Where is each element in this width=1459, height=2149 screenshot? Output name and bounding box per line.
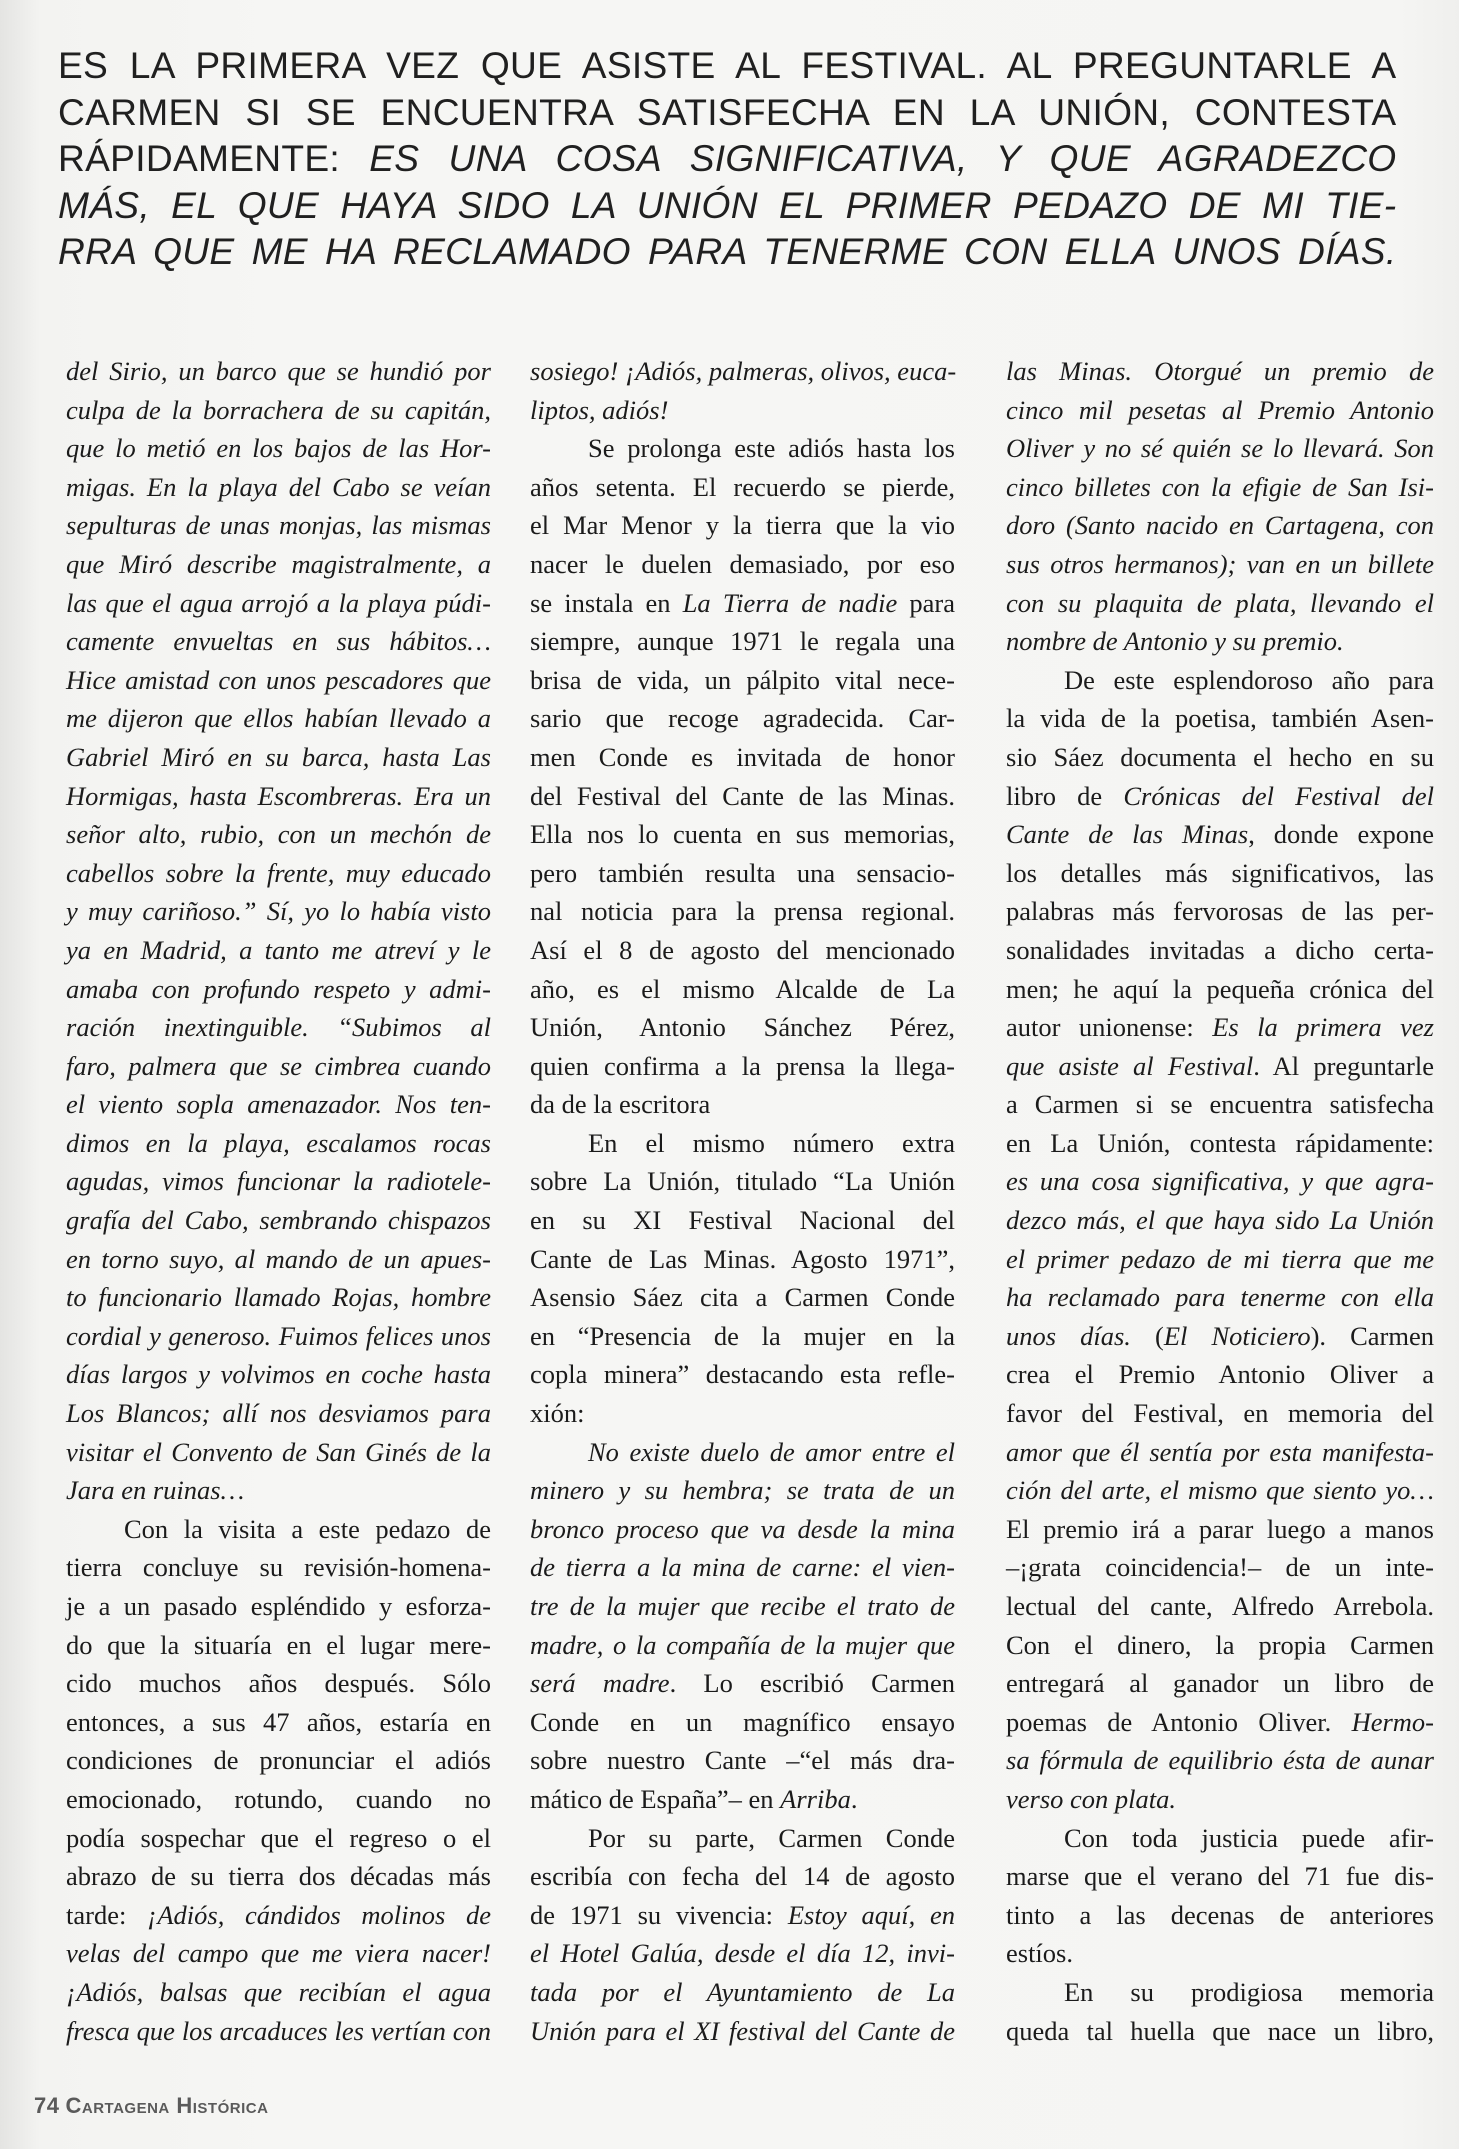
text: xión: [530,1398,584,1428]
text-line: faro, palmera que se cimbrea cuando [66,1047,491,1086]
italic-text: me dijeron que ellos habían llevado a [66,703,491,733]
text-line: Cante de Las Minas. Agosto 1971”, [530,1240,955,1279]
text-line: mático de España”– en Arriba. [530,1780,955,1819]
text-line: palabras más fervorosas de las per- [1006,892,1434,931]
text-line: Ella nos lo cuenta en sus memorias, [530,815,955,854]
text-line: Gabriel Miró en su barca, hasta Las [66,738,491,777]
text: crea el Premio Antonio Oliver a [1006,1359,1434,1389]
text: se instala en [530,588,683,618]
text: Asensio Sáez cita a Carmen Conde [530,1282,955,1312]
text: sonalidades invitadas a dicho certa- [1006,935,1434,965]
italic-text: ha reclamado para tenerme con ella [1006,1282,1434,1312]
text: del Festival del Cante de las Minas. [530,781,955,811]
text-line: sobre La Unión, titulado “La Unión [530,1162,955,1201]
text-line: liptos, adiós! [530,391,955,430]
italic-text: madre, o la compañía de la mujer que [530,1630,955,1660]
italic-text: ya en Madrid, a tanto me atreví y le [66,935,491,965]
text-line: Hormigas, hasta Escombreras. Era un [66,777,491,816]
text-line: ración inextinguible. “Subimos al [66,1008,491,1047]
text: En su prodigiosa memoria [1064,1977,1434,2007]
text-line: Jara en ruinas… [66,1471,491,1510]
text-line: emocionado, rotundo, cuando no [66,1780,491,1819]
italic-text: cabellos sobre la frente, muy educado [66,858,491,888]
text-column-2: sosiego! ¡Adiós, palmeras, olivos, euca-… [530,352,955,2050]
text-line: con su plaquita de plata, llevando el [1006,584,1434,623]
italic-text: que Miró describe magistralmente, a [66,549,491,579]
text-column-1: del Sirio, un barco que se hundió porcul… [66,352,491,2050]
italic-text: visitar el Convento de San Ginés de la [66,1437,491,1467]
text-line: En su prodigiosa memoria [1006,1973,1434,2012]
text: escribía con fecha del 14 de agosto [530,1861,955,1891]
text-line: crea el Premio Antonio Oliver a [1006,1355,1434,1394]
text: el Mar Menor y la tierra que la vio [530,510,955,540]
italic-text: dezco más, el que haya sido La Unión [1006,1205,1434,1235]
italic-text: culpa de la borrachera de su capitán, [66,395,491,425]
italic-text: que lo metió en los bajos de las Hor- [66,433,491,463]
pull-quote-line: rra que me ha reclamado para tenerme con… [58,228,1396,275]
text: da de la escritora [530,1089,710,1119]
text-line: año, es el mismo Alcalde de La [530,970,955,1009]
text: entregará al ganador un libro de [1006,1668,1434,1698]
text-line: autor unionense: Es la primera vez [1006,1008,1434,1047]
text: –¡grata coincidencia!– de un inte- [1006,1552,1434,1582]
text-line: brisa de vida, un pálpito vital nece- [530,661,955,700]
text: men; he aquí la pequeña crónica del [1006,974,1434,1004]
text-line: migas. En la playa del Cabo se veían [66,468,491,507]
italic-text: sus otros hermanos); van en un billete [1006,549,1434,579]
text-line: libro de Crónicas del Festival del [1006,777,1434,816]
publication-name: Cartagena Histórica [65,2093,268,2118]
text-line: Cante de las Minas, donde expone [1006,815,1434,854]
text-line: del Sirio, un barco que se hundió por [66,352,491,391]
text-line: abrazo de su tierra dos décadas más [66,1857,491,1896]
italic-text: en torno suyo, al mando de un apues- [66,1244,491,1274]
italic-text: Los Blancos; allí nos desviamos para [66,1398,491,1428]
text: siempre, aunque 1971 le regala una [530,626,955,656]
text: rápidamente: [58,137,369,179]
text: en La Unión, contesta rápidamente: [1006,1128,1434,1158]
text: en su XI Festival Nacional del [530,1205,955,1235]
italic-text: fresca que los arcaduces les vertían con [66,2016,491,2046]
text-line: ¡Adiós, balsas que recibían el agua [66,1973,491,2012]
text-line: camente envueltas en sus hábitos… [66,622,491,661]
italic-text: el primer pedazo de mi tierra que me [1006,1244,1434,1274]
text-line: unos días. (El Noticiero). Carmen [1006,1317,1434,1356]
text-line: nacer le duelen demasiado, por eso [530,545,955,584]
text: palabras más fervorosas de las per- [1006,896,1434,926]
text-line: es una cosa significativa, y que agra- [1006,1162,1434,1201]
italic-text: sepulturas de unas monjas, las mismas [66,510,491,540]
text-line: tre de la mujer que recibe el trato de [530,1587,955,1626]
italic-text: migas. En la playa del Cabo se veían [66,472,491,502]
text: En el mismo número extra [588,1128,955,1158]
text-line: Con el dinero, la propia Carmen [1006,1626,1434,1665]
text-line: que asiste al Festival. Al preguntarle [1006,1047,1434,1086]
text: cido muchos años después. Sólo [66,1668,491,1698]
text: Conde en un magnífico ensayo [530,1707,955,1737]
text-line: Así el 8 de agosto del mencionado [530,931,955,970]
italic-text: liptos, adiós! [530,395,668,425]
italic-text: Hormigas, hasta Escombreras. Era un [66,781,491,811]
italic-text: faro, palmera que se cimbrea cuando [66,1051,491,1081]
italic-text: las Minas. Otorgué un premio de [1006,356,1434,386]
text-line: je a un pasado espléndido y esforza- [66,1587,491,1626]
text-line: madre, o la compañía de la mujer que [530,1626,955,1665]
text-line: el viento sopla amenazador. Nos ten- [66,1085,491,1124]
text: entonces, a sus 47 años, estaría en [66,1707,491,1737]
italic-text: el viento sopla amenazador. Nos ten- [66,1089,491,1119]
text-line: señor alto, rubio, con un mechón de [66,815,491,854]
text: De este esplendoroso año para [1064,665,1434,695]
text-line: el primer pedazo de mi tierra que me [1006,1240,1434,1279]
italic-text: Hice amistad con unos pescadores que [66,665,491,695]
text-line: bronco proceso que va desde la mina [530,1510,955,1549]
pull-quote-line: Es la primera vez que asiste al Festival… [58,42,1396,89]
italic-text: Hermo- [1352,1707,1434,1737]
text-line: cabellos sobre la frente, muy educado [66,854,491,893]
text-line: sario que recoge agradecida. Car- [530,699,955,738]
text-line: to funcionario llamado Rojas, hombre [66,1278,491,1317]
text-line: de tierra a la mina de carne: el vien- [530,1548,955,1587]
text: lectual del cante, Alfredo Arrebola. [1006,1591,1434,1621]
italic-text: Cante de las Minas [1006,819,1248,849]
text: Cante de Las Minas. Agosto 1971”, [530,1244,955,1274]
text: mático de España”– en [530,1784,780,1814]
italic-text: grafía del Cabo, sembrando chispazos [66,1205,491,1235]
pull-quote: Es la primera vez que asiste al Festival… [58,42,1396,275]
text: queda tal huella que nace un libro, [1006,2016,1434,2046]
text-line: Por su parte, Carmen Conde [530,1819,955,1858]
text-line: tada por el Ayuntamiento de La [530,1973,955,2012]
text-line: escribía con fecha del 14 de agosto [530,1857,955,1896]
italic-text: Es la primera vez [1212,1012,1434,1042]
text-line: minero y su hembra; se trata de un [530,1471,955,1510]
text-line: en “Presencia de la mujer en la [530,1317,955,1356]
italic-text: señor alto, rubio, con un mechón de [66,819,491,849]
text-line: pero también resulta una sensacio- [530,854,955,893]
text-line: las Minas. Otorgué un premio de [1006,352,1434,391]
text: quien confirma a la prensa la llega- [530,1051,955,1081]
text-line: nombre de Antonio y su premio. [1006,622,1434,661]
pull-quote-line: más, el que haya sido La Unión el primer… [58,182,1396,229]
text-line: sio Sáez documenta el hecho en su [1006,738,1434,777]
text: a Carmen si se encuentra satisfecha [1006,1089,1434,1119]
italic-text: será madre [530,1668,670,1698]
text: en “Presencia de la mujer en la [530,1321,955,1351]
text-line: queda tal huella que nace un libro, [1006,2012,1434,2051]
text-line: favor del Festival, en memoria del [1006,1394,1434,1433]
text-line: sonalidades invitadas a dicho certa- [1006,931,1434,970]
page-number: 74 [34,2093,59,2118]
text: libro de [1006,781,1123,811]
text-line: quien confirma a la prensa la llega- [530,1047,955,1086]
text: tinto a las decenas de anteriores [1006,1900,1434,1930]
text: nacer le duelen demasiado, por eso [530,549,955,579]
italic-text: doro (Santo nacido en Cartagena, con [1006,510,1434,540]
italic-text: tre de la mujer que recibe el trato de [530,1591,955,1621]
italic-text: con su plaquita de plata, llevando el [1006,588,1434,618]
text-line: Asensio Sáez cita a Carmen Conde [530,1278,955,1317]
italic-text: Oliver y no sé quién se lo llevará. Son [1006,433,1434,463]
text: condiciones de pronunciar el adiós [66,1745,491,1775]
text-line: En el mismo número extra [530,1124,955,1163]
text-line: sus otros hermanos); van en un billete [1006,545,1434,584]
text: años setenta. El recuerdo se pierde, [530,472,955,502]
text-line: men; he aquí la pequeña crónica del [1006,970,1434,1009]
text-line: culpa de la borrachera de su capitán, [66,391,491,430]
text: copla minera” destacando esta refle- [530,1359,955,1389]
text: . Lo escribió Carmen [670,1668,955,1698]
italic-text: que asiste al Festival [1006,1051,1253,1081]
text-line: tinto a las decenas de anteriores [1006,1896,1434,1935]
article-body: del Sirio, un barco que se hundió porcul… [66,352,1406,2082]
text-line: visitar el Convento de San Ginés de la [66,1433,491,1472]
italic-text: amaba con profundo respeto y admi- [66,974,491,1004]
text-line: fresca que los arcaduces les vertían con [66,2012,491,2051]
text-line: condiciones de pronunciar el adiós [66,1741,491,1780]
text-line: do que la situaría en el lugar mere- [66,1626,491,1665]
text-line: dimos en la playa, escalamos rocas [66,1124,491,1163]
text: men Conde es invitada de honor [530,742,955,772]
text-line: copla minera” destacando esta refle- [530,1355,955,1394]
text-line: en La Unión, contesta rápidamente: [1006,1124,1434,1163]
text: podía sospechar que el regreso o el [66,1823,491,1853]
text: Se prolonga este adiós hasta los [588,433,955,463]
text-line: entregará al ganador un libro de [1006,1664,1434,1703]
italic-text: días largos y volvimos en coche hasta [66,1359,491,1389]
text: . [851,1784,858,1814]
text: sio Sáez documenta el hecho en su [1006,742,1434,772]
text-line: en torno suyo, al mando de un apues- [66,1240,491,1279]
text-line: amaba con profundo respeto y admi- [66,970,491,1009]
text-line: Oliver y no sé quién se lo llevará. Son [1006,429,1434,468]
text-line: Los Blancos; allí nos desviamos para [66,1394,491,1433]
text: sario que recoge agradecida. Car- [530,703,955,733]
text-line: de 1971 su vivencia: Estoy aquí, en [530,1896,955,1935]
text: El premio irá a parar luego a manos [1006,1514,1434,1544]
italic-text: es una cosa significativa, y que agradez… [369,137,1396,179]
italic-text: más, el que haya sido La Unión el primer… [58,184,1396,226]
text: de 1971 su vivencia: [530,1900,788,1930]
italic-text: y muy cariñoso.” Sí, yo lo había visto [66,896,491,926]
text: sobre La Unión, titulado “La Unión [530,1166,955,1196]
text-line: cinco mil pesetas al Premio Antonio [1006,391,1434,430]
text: . Al preguntarle [1253,1051,1434,1081]
text-line: Conde en un magnífico ensayo [530,1703,955,1742]
text-line: Unión para el XI festival del Cante de [530,2012,955,2051]
italic-text: Crónicas del Festival del [1123,781,1434,811]
italic-text: es una cosa significativa, y que agra- [1006,1166,1434,1196]
text: estíos. [1006,1938,1073,1968]
text: Con el dinero, la propia Carmen [1006,1630,1434,1660]
italic-text: to funcionario llamado Rojas, hombre [66,1282,491,1312]
italic-text: nombre de Antonio y su premio. [1006,626,1344,656]
text-line: cido muchos años después. Sólo [66,1664,491,1703]
text-line: el Hotel Galúa, desde el día 12, invi- [530,1934,955,1973]
text-line: podía sospechar que el regreso o el [66,1819,491,1858]
italic-text: del Sirio, un barco que se hundió por [66,356,491,386]
text-line: ha reclamado para tenerme con ella [1006,1278,1434,1317]
text: sobre nuestro Cante –“el más dra- [530,1745,955,1775]
text: , donde expone [1248,819,1434,849]
text-line: Con toda justicia puede afir- [1006,1819,1434,1858]
italic-text: No existe duelo de amor entre el [588,1437,955,1467]
text: do que la situaría en el lugar mere- [66,1630,491,1660]
text-line: marse que el verano del 71 fue dis- [1006,1857,1434,1896]
italic-text: cinco mil pesetas al Premio Antonio [1006,395,1434,425]
text-line: ya en Madrid, a tanto me atreví y le [66,931,491,970]
italic-text: ¡Adiós, balsas que recibían el agua [66,1977,491,2007]
italic-text: camente envueltas en sus hábitos… [66,626,491,656]
text-line: se instala en La Tierra de nadie para [530,584,955,623]
text-line: No existe duelo de amor entre el [530,1433,955,1472]
text-line: tarde: ¡Adiós, cándidos molinos de [66,1896,491,1935]
text-line: sobre nuestro Cante –“el más dra- [530,1741,955,1780]
italic-text: El Noticiero [1164,1321,1311,1351]
text-line: grafía del Cabo, sembrando chispazos [66,1201,491,1240]
text-line: ción del arte, el mismo que siento yo… [1006,1471,1434,1510]
text-line: velas del campo que me viera nacer! [66,1934,491,1973]
italic-text: unos días. [1006,1321,1131,1351]
text-line: verso con plata. [1006,1780,1434,1819]
text: Así el 8 de agosto del mencionado [530,935,955,965]
text-line: cinco billetes con la efigie de San Isi- [1006,468,1434,507]
text-line: estíos. [1006,1934,1434,1973]
text: emocionado, rotundo, cuando no [66,1784,491,1814]
text-line: sa fórmula de equilibrio ésta de aunar [1006,1741,1434,1780]
text-line: –¡grata coincidencia!– de un inte- [1006,1548,1434,1587]
text-column-3: las Minas. Otorgué un premio decinco mil… [1006,352,1434,2050]
text-line: lectual del cante, Alfredo Arrebola. [1006,1587,1434,1626]
text: Por su parte, Carmen Conde [588,1823,955,1853]
italic-text: rra que me ha reclamado para tenerme con… [58,230,1396,272]
pull-quote-line: Carmen si se encuentra satisfecha en La … [58,89,1396,136]
text-line: xión: [530,1394,955,1433]
text-line: siempre, aunque 1971 le regala una [530,622,955,661]
text: Ella nos lo cuenta en sus memorias, [530,819,955,849]
italic-text: ¡Adiós, cándidos molinos de [147,1900,491,1930]
text-line: me dijeron que ellos habían llevado a [66,699,491,738]
text: brisa de vida, un pálpito vital nece- [530,665,955,695]
text-line: la vida de la poetisa, también Asen- [1006,699,1434,738]
text: marse que el verano del 71 fue dis- [1006,1861,1434,1891]
text: ( [1131,1321,1164,1351]
italic-text: el Hotel Galúa, desde el día 12, invi- [530,1938,955,1968]
text-line: amor que él sentía por esta manifesta- [1006,1433,1434,1472]
italic-text: Estoy aquí, en [788,1900,955,1930]
italic-text: ción del arte, el mismo que siento yo… [1006,1475,1434,1505]
pull-quote-line: rápidamente: es una cosa significativa, … [58,135,1396,182]
text: Carmen si se encuentra satisfecha en La … [58,91,1396,133]
italic-text: bronco proceso que va desde la mina [530,1514,955,1544]
italic-text: Unión para el XI festival del Cante de [530,2016,955,2046]
italic-text: Arriba [780,1784,851,1814]
italic-text: de tierra a la mina de carne: el vien- [530,1552,955,1582]
italic-text: ración inextinguible. “Subimos al [66,1012,491,1042]
text: pero también resulta una sensacio- [530,858,955,888]
text-line: del Festival del Cante de las Minas. [530,777,955,816]
text: tarde: [66,1900,147,1930]
italic-text: minero y su hembra; se trata de un [530,1475,955,1505]
italic-text: amor que él sentía por esta manifesta- [1006,1437,1434,1467]
italic-text: sa fórmula de equilibrio ésta de aunar [1006,1745,1434,1775]
text-line: men Conde es invitada de honor [530,738,955,777]
text: la vida de la poetisa, también Asen- [1006,703,1434,733]
italic-text: verso con plata. [1006,1784,1176,1814]
text: autor unionense: [1006,1012,1212,1042]
italic-text: dimos en la playa, escalamos rocas [66,1128,491,1158]
text-line: y muy cariñoso.” Sí, yo lo había visto [66,892,491,931]
text-line: años setenta. El recuerdo se pierde, [530,468,955,507]
text-line: Hice amistad con unos pescadores que [66,661,491,700]
text-line: De este esplendoroso año para [1006,661,1434,700]
text: los detalles más significativos, las [1006,858,1434,888]
text-line: da de la escritora [530,1085,955,1124]
text-line: a Carmen si se encuentra satisfecha [1006,1085,1434,1124]
text-line: en su XI Festival Nacional del [530,1201,955,1240]
text: favor del Festival, en memoria del [1006,1398,1434,1428]
text-line: nal noticia para la prensa regional. [530,892,955,931]
text: tierra concluye su revisión-homena- [66,1552,491,1582]
italic-text: Gabriel Miró en su barca, hasta Las [66,742,491,772]
italic-text: sosiego! ¡Adiós, palmeras, olivos, euca- [530,356,956,386]
text-line: días largos y volvimos en coche hasta [66,1355,491,1394]
text: Es la primera vez que asiste al Festival… [58,44,1396,86]
text-line: Se prolonga este adiós hasta los [530,429,955,468]
text-line: entonces, a sus 47 años, estaría en [66,1703,491,1742]
text: poemas de Antonio Oliver. [1006,1707,1352,1737]
text: je a un pasado espléndido y esforza- [66,1591,491,1621]
italic-text: agudas, vimos funcionar la radiotele- [66,1166,491,1196]
italic-text: cinco billetes con la efigie de San Isi- [1006,472,1434,502]
text: Con toda justicia puede afir- [1064,1823,1434,1853]
text: año, es el mismo Alcalde de La [530,974,955,1004]
text-line: cordial y generoso. Fuimos felices unos [66,1317,491,1356]
text-line: sosiego! ¡Adiós, palmeras, olivos, euca- [530,352,955,391]
italic-text: cordial y generoso. Fuimos felices unos [66,1321,491,1351]
text-line: dezco más, el que haya sido La Unión [1006,1201,1434,1240]
text-line: doro (Santo nacido en Cartagena, con [1006,506,1434,545]
italic-text: tada por el Ayuntamiento de La [530,1977,955,2007]
text-line: agudas, vimos funcionar la radiotele- [66,1162,491,1201]
text-line: sepulturas de unas monjas, las mismas [66,506,491,545]
text-line: será madre. Lo escribió Carmen [530,1664,955,1703]
italic-text: velas del campo que me viera nacer! [66,1938,491,1968]
text-line: Con la visita a este pedazo de [66,1510,491,1549]
text: Con la visita a este pedazo de [124,1514,491,1544]
italic-text: La Tierra de nadie [683,588,898,618]
text-line: los detalles más significativos, las [1006,854,1434,893]
text: abrazo de su tierra dos décadas más [66,1861,491,1891]
text: nal noticia para la prensa regional. [530,896,955,926]
text-line: poemas de Antonio Oliver. Hermo- [1006,1703,1434,1742]
text-line: que lo metió en los bajos de las Hor- [66,429,491,468]
text-line: las que el agua arrojó a la playa púdi- [66,584,491,623]
text-line: tierra concluye su revisión-homena- [66,1548,491,1587]
text: para [897,588,955,618]
text: Unión, Antonio Sánchez Pérez, [530,1012,955,1042]
text-line: Unión, Antonio Sánchez Pérez, [530,1008,955,1047]
text-line: el Mar Menor y la tierra que la vio [530,506,955,545]
text-line: que Miró describe magistralmente, a [66,545,491,584]
page-footer: 74Cartagena Histórica [34,2093,268,2119]
text-line: El premio irá a parar luego a manos [1006,1510,1434,1549]
text: ). Carmen [1311,1321,1434,1351]
italic-text: Jara en ruinas… [66,1475,244,1505]
italic-text: las que el agua arrojó a la playa púdi- [66,588,491,618]
